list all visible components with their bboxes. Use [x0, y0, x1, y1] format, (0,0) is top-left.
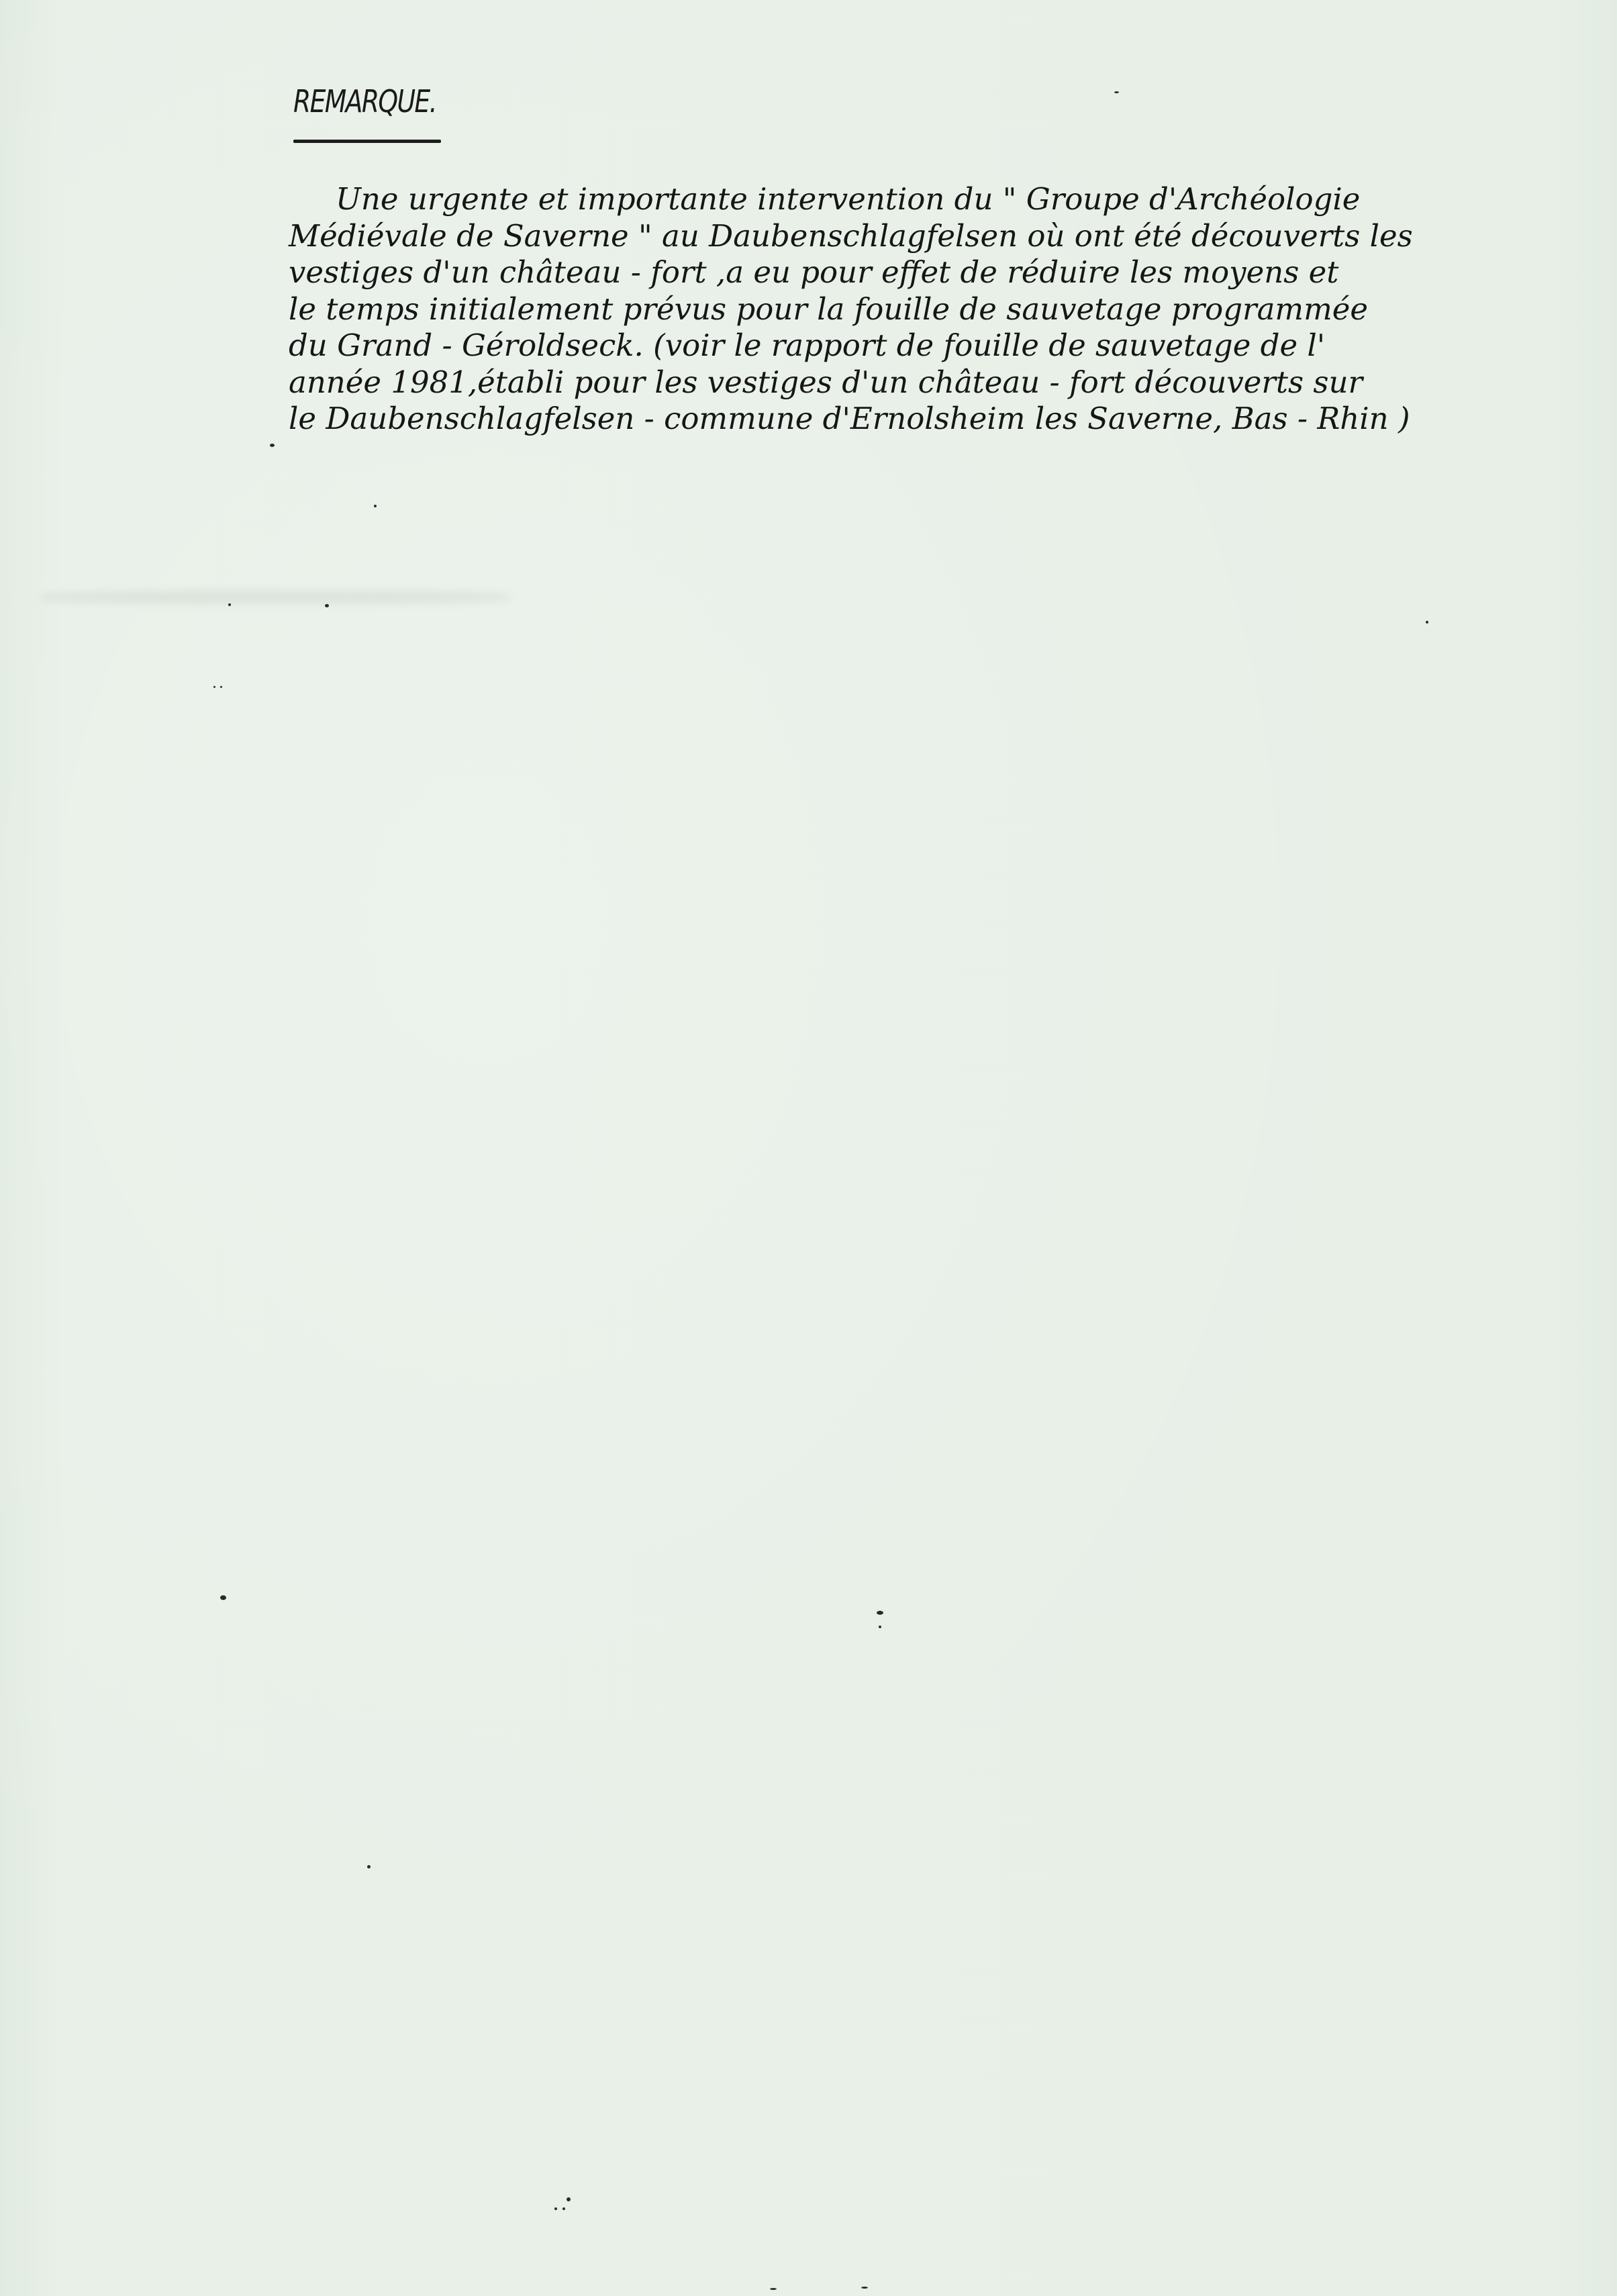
paragraph-line: du Grand - Géroldseck. (voir le rapport … — [289, 328, 1497, 364]
dust-speck — [228, 603, 231, 606]
scanned-page: REMARQUE. Une urgente et importante inte… — [0, 0, 1617, 2296]
dust-speck — [220, 686, 222, 688]
paragraph-line: le Daubenschlagfelsen - commune d'Ernols… — [289, 401, 1497, 438]
dust-speck — [367, 1865, 371, 1868]
dust-speck — [220, 1595, 226, 1600]
dust-speck — [879, 1626, 881, 1628]
dust-speck — [374, 505, 377, 507]
page-heading: REMARQUE. — [293, 83, 436, 119]
dust-speck — [325, 604, 329, 607]
paragraph-line: Médiévale de Saverne " au Daubenschlagfe… — [289, 218, 1497, 255]
dust-speck — [861, 2287, 868, 2289]
remark-paragraph: Une urgente et importante intervention d… — [289, 181, 1497, 438]
dust-speck — [1114, 91, 1119, 93]
dust-speck — [770, 2288, 777, 2290]
dust-speck — [554, 2207, 557, 2210]
paragraph-line: Une urgente et importante intervention d… — [289, 181, 1497, 218]
dust-speck — [562, 2207, 565, 2210]
paragraph-line: année 1981,établi pour les vestiges d'un… — [289, 364, 1497, 401]
dust-speck — [270, 444, 275, 447]
paragraph-line: le temps initialement prévus pour la fou… — [289, 291, 1497, 328]
dust-speck — [567, 2197, 571, 2201]
paragraph-line: vestiges d'un château - fort ,a eu pour … — [289, 254, 1497, 291]
dust-speck — [1426, 621, 1428, 623]
scan-smudge — [40, 591, 510, 604]
heading-underline — [293, 140, 441, 143]
dust-speck — [877, 1611, 883, 1615]
dust-speck — [213, 686, 215, 688]
